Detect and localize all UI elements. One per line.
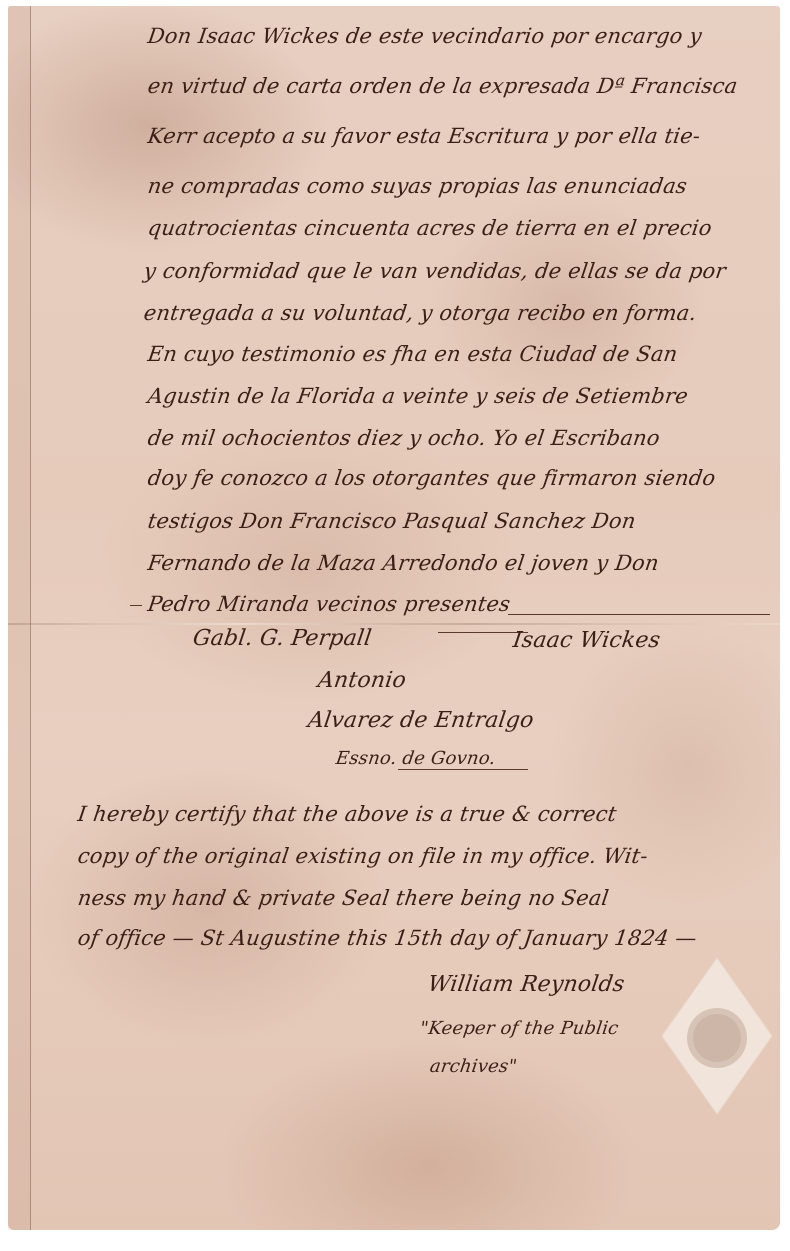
body-line-8: En cuyo testimonio es fha en esta Ciudad…	[146, 342, 679, 366]
signature-underline	[398, 769, 528, 770]
body-line-3: Kerr acepto a su favor esta Escritura y …	[146, 124, 702, 148]
signature-wickes: Isaac Wickes	[511, 628, 662, 653]
signature-escribano: Essno. de Govno.	[335, 748, 497, 769]
body-line-1: Don Isaac Wickes de este vecindario por …	[146, 24, 703, 48]
certifier-title-1: "Keeper of the Public	[419, 1018, 620, 1039]
signature-perpall: Gabl. G. Perpall	[191, 626, 373, 651]
line-filler	[508, 614, 770, 615]
cert-line-3: ness my hand & private Seal there being …	[76, 886, 610, 910]
body-line-5: quatrocientas cincuenta acres de tierra …	[146, 216, 713, 240]
body-line-12: testigos Don Francisco Pasqual Sanchez D…	[146, 509, 637, 533]
certifier-title-2: archives"	[429, 1056, 519, 1077]
paper-fold-line	[8, 623, 780, 625]
cert-line-2: copy of the original existing on file in…	[76, 844, 649, 868]
line-dash	[130, 605, 142, 606]
body-line-14: Pedro Miranda vecinos presentes	[146, 592, 512, 616]
body-line-9: Agustin de la Florida a veinte y seis de…	[146, 384, 689, 408]
body-line-10: de mil ochocientos diez y ocho. Yo el Es…	[146, 426, 661, 450]
signature-antonio: Antonio	[316, 668, 408, 693]
certifier-signature: William Reynolds	[426, 972, 626, 997]
torn-left-margin	[8, 6, 31, 1230]
body-line-2: en virtud de carta orden de la expresada…	[146, 74, 739, 98]
cert-line-1: I hereby certify that the above is a tru…	[76, 802, 618, 826]
cert-line-4: of office — St Augustine this 15th day o…	[76, 926, 698, 950]
wafer-seal-icon	[660, 956, 774, 1116]
body-line-4: ne compradas como suyas propias las enun…	[146, 174, 688, 198]
body-line-6: y conformidad que le van vendidas, de el…	[142, 259, 727, 283]
document-page: Don Isaac Wickes de este vecindario por …	[8, 6, 780, 1230]
signature-entralgo: Alvarez de Entralgo	[306, 708, 535, 733]
body-line-13: Fernando de la Maza Arredondo el joven y…	[146, 551, 660, 575]
body-line-11: doy fe conozco a los otorgantes que firm…	[146, 466, 717, 490]
body-line-7: entregada a su voluntad, y otorga recibo…	[142, 301, 698, 325]
